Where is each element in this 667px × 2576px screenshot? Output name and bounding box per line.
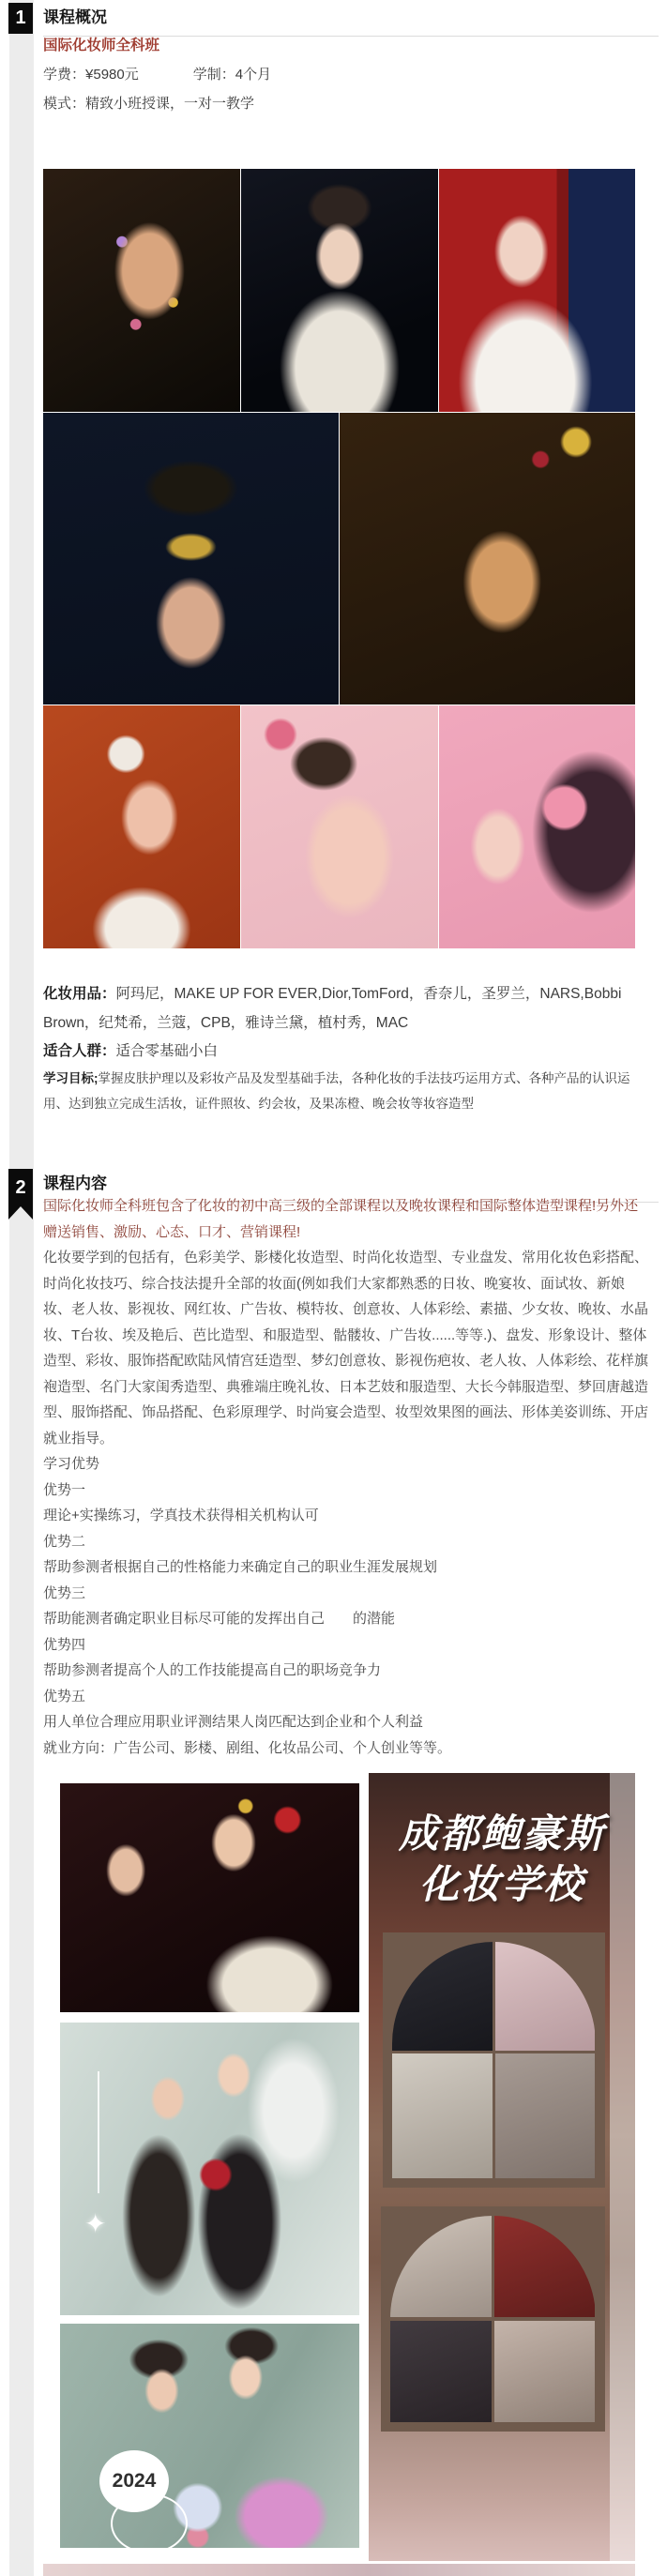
school-name: 成都鲍豪斯 化妆学校: [373, 1809, 630, 1910]
gallery-row-1: [43, 169, 635, 412]
gallery-row-3: [43, 705, 635, 948]
section1-details: 化妆用品：阿玛尼，MAKE UP FOR EVER,Dior,TomFord，香…: [43, 979, 644, 1116]
gallery-photo-2: [241, 169, 438, 412]
audience-label: 适合人群：: [43, 1043, 116, 1059]
school-name-line1: 成都鲍豪斯: [373, 1809, 630, 1859]
work-photo-cell: [390, 2321, 492, 2422]
sparkle-icon: ✦: [84, 2208, 106, 2239]
mode-label: 模式：: [43, 96, 85, 112]
term-label: 学制：: [193, 67, 235, 83]
gallery-row-2: [43, 413, 635, 705]
section1-header: 课程概况: [43, 0, 659, 37]
fee-term-line: 学费：¥5980元学制：4个月: [43, 64, 271, 83]
gallery-photo-6: [43, 705, 240, 948]
term-value: 4个月: [235, 67, 271, 83]
left-gray-rail: [9, 0, 34, 2576]
audience-value: 适合零基础小白: [116, 1043, 219, 1059]
goal-label: 学习目标;: [43, 1071, 99, 1085]
products-line: 化妆用品：阿玛尼，MAKE UP FOR EVER,Dior,TomFord，香…: [43, 979, 644, 1038]
gallery-photo-3: [439, 169, 635, 412]
promo-photo-traditional-bridal: [60, 1783, 359, 2012]
group-photo-cell: [495, 2053, 596, 2178]
next-image-sliver: [43, 2564, 635, 2576]
school-promo-collage: 成都鲍豪斯 化妆学校 ✦ 2024: [43, 1773, 635, 2561]
advantage-5-label: 优势五: [43, 1684, 648, 1710]
advantage-2-text: 帮助参测者根据自己的性格能力来确定自己的职业生涯发展规划: [43, 1554, 648, 1581]
course-photo-gallery: [43, 169, 635, 949]
products-value: 阿玛尼，MAKE UP FOR EVER,Dior,TomFord，香奈儿，圣罗…: [43, 986, 621, 1031]
advantage-5-text: 用人单位合理应用职业评测结果人岗匹配达到企业和个人利益: [43, 1709, 648, 1735]
section1-number-badge: 1: [8, 3, 33, 34]
advantage-3-text: 帮助能测者确定职业目标尽可能的发挥出自己 的潜能: [43, 1606, 648, 1632]
school-name-line2: 化妆学校: [373, 1859, 630, 1910]
costume-works-arch-grid: [390, 2216, 596, 2422]
group-photo-cell: [495, 1942, 596, 2051]
fee-label: 学费：: [43, 67, 85, 83]
group-photo-cell: [392, 2053, 493, 2178]
students-photo-arch-grid: [392, 1942, 596, 2178]
fee-value: ¥5980元: [85, 67, 139, 83]
group-photo-cell: [392, 1942, 493, 2051]
goal-value: 掌握皮肤护理以及彩妆产品及发型基础手法，各种化妆的手法技巧运用方式、各种产品的认…: [43, 1071, 630, 1111]
gallery-photo-5: [340, 413, 635, 705]
employment-line: 就业方向：广告公司、影楼、剧组、化妆品公司、个人创业等等。: [43, 1735, 648, 1762]
students-photo-panel: [383, 1932, 605, 2188]
advantage-1-text: 理论+实操练习，学真技术获得相关机构认可: [43, 1503, 648, 1529]
section1-title: 课程概况: [43, 0, 659, 36]
work-photo-cell: [494, 2321, 596, 2422]
advantages-title: 学习优势: [43, 1451, 648, 1477]
mode-value: 精致小班授课，一对一教学: [85, 96, 254, 112]
costume-works-panel: [381, 2206, 605, 2432]
advantage-3-label: 优势三: [43, 1581, 648, 1607]
year-ring-decor: [111, 2493, 188, 2553]
gallery-photo-8: [439, 705, 635, 948]
promo-photo-pink-gown-fan: [60, 2324, 359, 2548]
goal-line: 学习目标;掌握皮肤护理以及彩妆产品及发型基础手法，各种化妆的手法技巧运用方式、各…: [43, 1066, 644, 1116]
section2-body: 国际化妆师全科班包含了化妆的初中高三级的全部课程以及晚妆课程和国际整体造型课程!…: [43, 1193, 648, 1767]
gallery-photo-1: [43, 169, 240, 412]
course-content-detail: 化妆要学到的包括有，色彩美学、影楼化妆造型、时尚化妆造型、专业盘发、常用化妆色彩…: [43, 1245, 648, 1451]
advantage-4-label: 优势四: [43, 1632, 648, 1659]
advantage-2-label: 优势二: [43, 1529, 648, 1555]
course-name: 国际化妆师全科班: [43, 34, 159, 54]
work-photo-cell: [494, 2216, 596, 2317]
advantage-4-text: 帮助参测者提高个人的工作技能提高自己的职场竞争力: [43, 1658, 648, 1684]
advantage-1-label: 优势一: [43, 1477, 648, 1504]
work-photo-cell: [390, 2216, 492, 2317]
mode-line: 模式：精致小班授课，一对一教学: [43, 93, 254, 113]
course-content-intro: 国际化妆师全科班包含了化妆的初中高三级的全部课程以及晚妆课程和国际整体造型课程!…: [43, 1193, 648, 1245]
gallery-photo-4: [43, 413, 339, 705]
promo-photo-black-gown-bride: [60, 2023, 359, 2315]
decor-vertical-line: [98, 2071, 99, 2193]
audience-line: 适合人群：适合零基础小白: [43, 1038, 644, 1066]
gallery-photo-7: [241, 705, 438, 948]
products-label: 化妆用品：: [43, 986, 116, 1002]
